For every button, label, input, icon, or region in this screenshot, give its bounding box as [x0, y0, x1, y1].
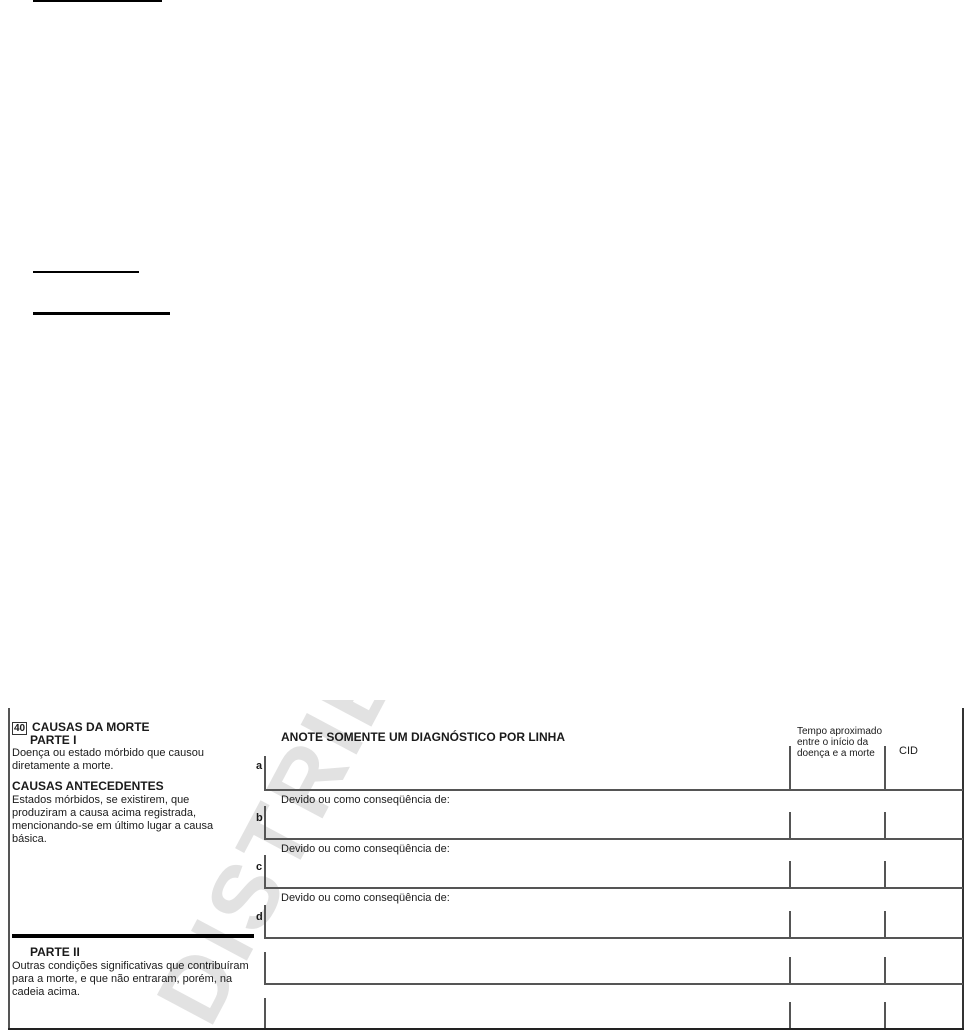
parte2-description: Outras condições significativas que cont…	[12, 960, 257, 999]
row-prefix-label: Devido ou como conseqüência de:	[281, 843, 450, 855]
row-bottom-line	[264, 937, 963, 939]
tempo-field[interactable]	[791, 915, 883, 937]
parte2-separator	[12, 934, 254, 938]
row-letter: c	[256, 861, 262, 873]
signature-line-2	[33, 271, 139, 273]
antecedentes-description: Estados mórbidos, se existirem, que prod…	[12, 794, 247, 846]
section-number-badge: 40	[12, 722, 27, 735]
cid-field[interactable]	[886, 915, 962, 937]
parte1-title: PARTE I	[30, 734, 76, 747]
row-prefix-label: Devido ou como conseqüência de:	[281, 892, 450, 904]
tempo-field[interactable]	[791, 865, 883, 887]
row-letter: d	[256, 911, 263, 923]
row-letter: a	[256, 760, 262, 772]
cid-field[interactable]	[886, 998, 962, 1028]
cid-field[interactable]	[886, 952, 962, 983]
parte2-title: PARTE II	[30, 946, 80, 959]
row-bottom-line	[264, 887, 963, 889]
tempo-field[interactable]	[791, 816, 883, 838]
cid-field[interactable]	[886, 865, 962, 887]
signature-line-3	[33, 312, 170, 315]
row-prefix-label: Devido ou como conseqüência de:	[281, 794, 450, 806]
row-bottom-line	[264, 1028, 963, 1030]
antecedentes-title: CAUSAS ANTECEDENTES	[12, 780, 164, 793]
causes-of-death-form: DISTRIB 40 CAUSAS DA MORTE PARTE I Doenç…	[0, 700, 970, 1034]
tempo-field[interactable]	[791, 756, 883, 789]
tempo-column-header: Tempo aproximado entre o início da doenç…	[797, 726, 887, 759]
row-bottom-line	[264, 983, 963, 985]
form-left-border	[8, 708, 10, 1030]
row-bottom-line	[264, 838, 963, 840]
diagnosis-field[interactable]	[266, 756, 788, 789]
cid-field[interactable]	[886, 816, 962, 838]
form-right-border	[962, 708, 964, 1030]
row-letter: b	[256, 812, 263, 824]
tempo-field[interactable]	[791, 998, 883, 1028]
diagnosis-field[interactable]	[266, 816, 788, 838]
diagnosis-field[interactable]	[266, 915, 788, 937]
row-bottom-line	[264, 789, 963, 791]
tempo-field[interactable]	[791, 952, 883, 983]
parte1-description: Doença ou estado mórbido que causou dire…	[12, 747, 252, 773]
signature-line-1	[33, 0, 162, 2]
diagnosis-field[interactable]	[266, 998, 788, 1028]
cid-field[interactable]	[886, 756, 962, 789]
diagnosis-column-header: ANOTE SOMENTE UM DIAGNÓSTICO POR LINHA	[281, 730, 565, 744]
diagnosis-field[interactable]	[266, 952, 788, 983]
diagnosis-field[interactable]	[266, 865, 788, 887]
